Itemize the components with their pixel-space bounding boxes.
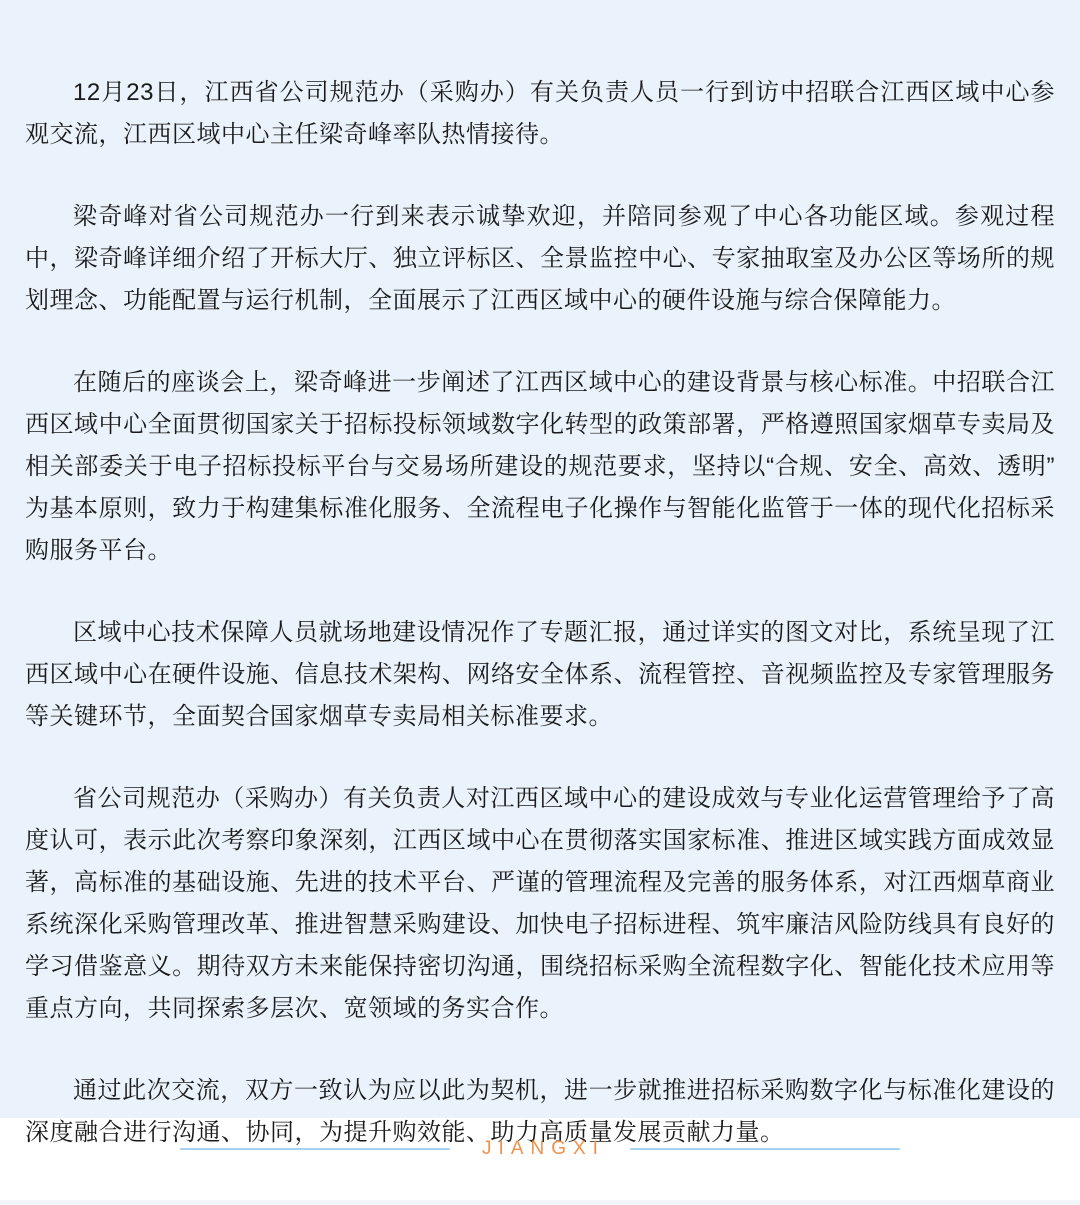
divider-line-left <box>180 1148 450 1150</box>
article-paragraph-4: 区域中心技术保障人员就场地建设情况作了专题汇报，通过详实的图文对比，系统呈现了江… <box>25 612 1055 738</box>
page-bottom-edge <box>0 1200 1080 1205</box>
article-paragraph-2: 梁奇峰对省公司规范办一行到来表示诚挚欢迎，并陪同参观了中心各功能区域。参观过程中… <box>25 196 1055 322</box>
article-paragraph-3: 在随后的座谈会上，梁奇峰进一步阐述了江西区域中心的建设背景与核心标准。中招联合江… <box>25 362 1055 572</box>
article-paragraph-1: 12月23日，江西省公司规范办（采购办）有关负责人员一行到访中招联合江西区域中心… <box>25 72 1055 156</box>
divider-line-right <box>630 1148 900 1150</box>
article-body: 12月23日，江西省公司规范办（采购办）有关负责人员一行到访中招联合江西区域中心… <box>0 0 1080 1118</box>
footer-divider: JIANGXI <box>180 1138 900 1160</box>
article-page: 12月23日，江西省公司规范办（采购办）有关负责人员一行到访中招联合江西区域中心… <box>0 0 1080 1205</box>
footer-brand-label: JIANGXI <box>475 1138 605 1160</box>
article-paragraph-5: 省公司规范办（采购办）有关负责人对江西区域中心的建设成效与专业化运营管理给予了高… <box>25 778 1055 1030</box>
